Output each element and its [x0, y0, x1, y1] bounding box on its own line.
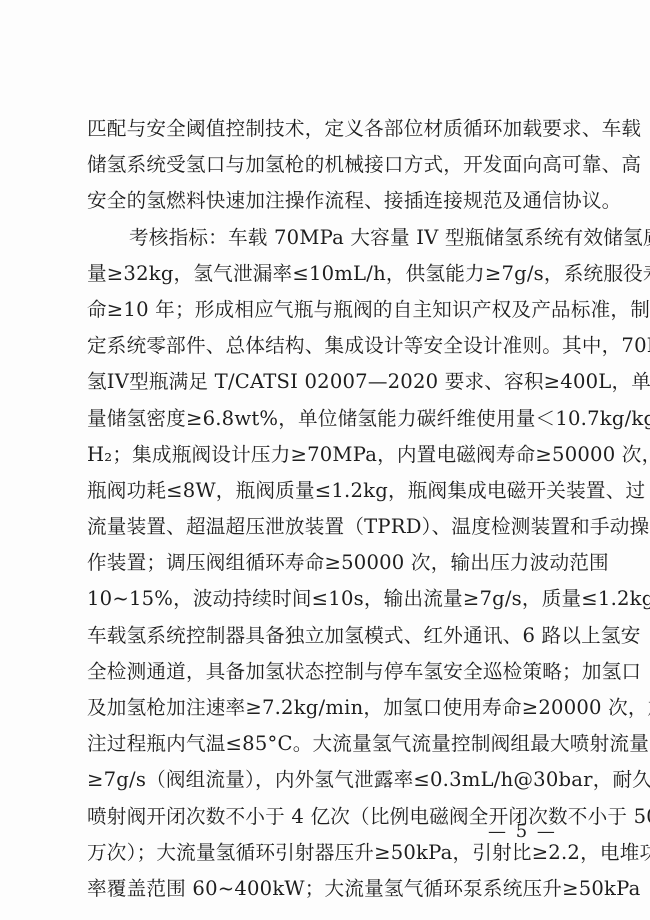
text-line: 命≥10 年；形成相应气瓶与瓶阀的自主知识产权及产品标准，制: [87, 292, 563, 328]
text-line: 储氢系统受氢口与加氢枪的机械接口方式，开发面向高可靠、高: [87, 147, 563, 183]
text-line: 作装置；调压阀组循环寿命≥50000 次，输出压力波动范围: [87, 545, 563, 581]
text-line: 流量装置、超温超压泄放装置（TPRD）、温度检测装置和手动操: [87, 509, 563, 545]
text-line: 量≥32kg，氢气泄漏率≤10mL/h，供氢能力≥7g/s，系统服役寿: [87, 256, 563, 292]
text-line: 氢IV型瓶满足 T/CATSI 02007—2020 要求、容积≥400L，单瓶…: [87, 364, 563, 400]
text-line: 车载氢系统控制器具备独立加氢模式、红外通讯、6 路以上氢安: [87, 618, 563, 654]
text-line: 匹配与安全阈值控制技术，定义各部位材质循环加载要求、车载: [87, 111, 563, 147]
text-line: 率覆盖范围 60~400kW；大流量氢气循环泵系统压升≥50kPa（采: [87, 871, 563, 907]
page-number: — 5 —: [488, 820, 557, 844]
paragraph-heading-line: 考核指标：车载 70MPa 大容量 IV 型瓶储氢系统有效储氢质: [87, 220, 563, 256]
text-line: 全检测通道，具备加氢状态控制与停车氢安全巡检策略；加氢口: [87, 654, 563, 690]
text-line: 及加氢枪加注速率≥7.2kg/min，加氢口使用寿命≥20000 次，加: [87, 690, 563, 726]
text-line: 10~15%，波动持续时间≤10s，输出流量≥7g/s，质量≤1.2kg；: [87, 581, 563, 617]
text-line: H₂；集成瓶阀设计压力≥70MPa，内置电磁阀寿命≥50000 次，: [87, 437, 563, 473]
document-page: 匹配与安全阈值控制技术，定义各部位材质循环加载要求、车载 储氢系统受氢口与加氢枪…: [0, 0, 650, 920]
text-line: 注过程瓶内气温≤85°C。大流量氢气流量控制阀组最大喷射流量: [87, 726, 563, 762]
text-line: 安全的氢燃料快速加注操作流程、接插连接规范及通信协议。: [87, 183, 563, 219]
text-line: 量储氢密度≥6.8wt%，单位储氢能力碳纤维使用量＜10.7kg/kg: [87, 401, 563, 437]
text-line: 定系统零部件、总体结构、集成设计等安全设计准则。其中，70MPa: [87, 328, 563, 364]
text-line: ≥7g/s（阀组流量），内外氢气泄露率≤0.3mL/h@30bar，耐久性：: [87, 762, 563, 798]
text-line: 瓶阀功耗≤8W，瓶阀质量≤1.2kg，瓶阀集成电磁开关装置、过: [87, 473, 563, 509]
body-text: 匹配与安全阈值控制技术，定义各部位材质循环加载要求、车载 储氢系统受氢口与加氢枪…: [87, 111, 563, 907]
